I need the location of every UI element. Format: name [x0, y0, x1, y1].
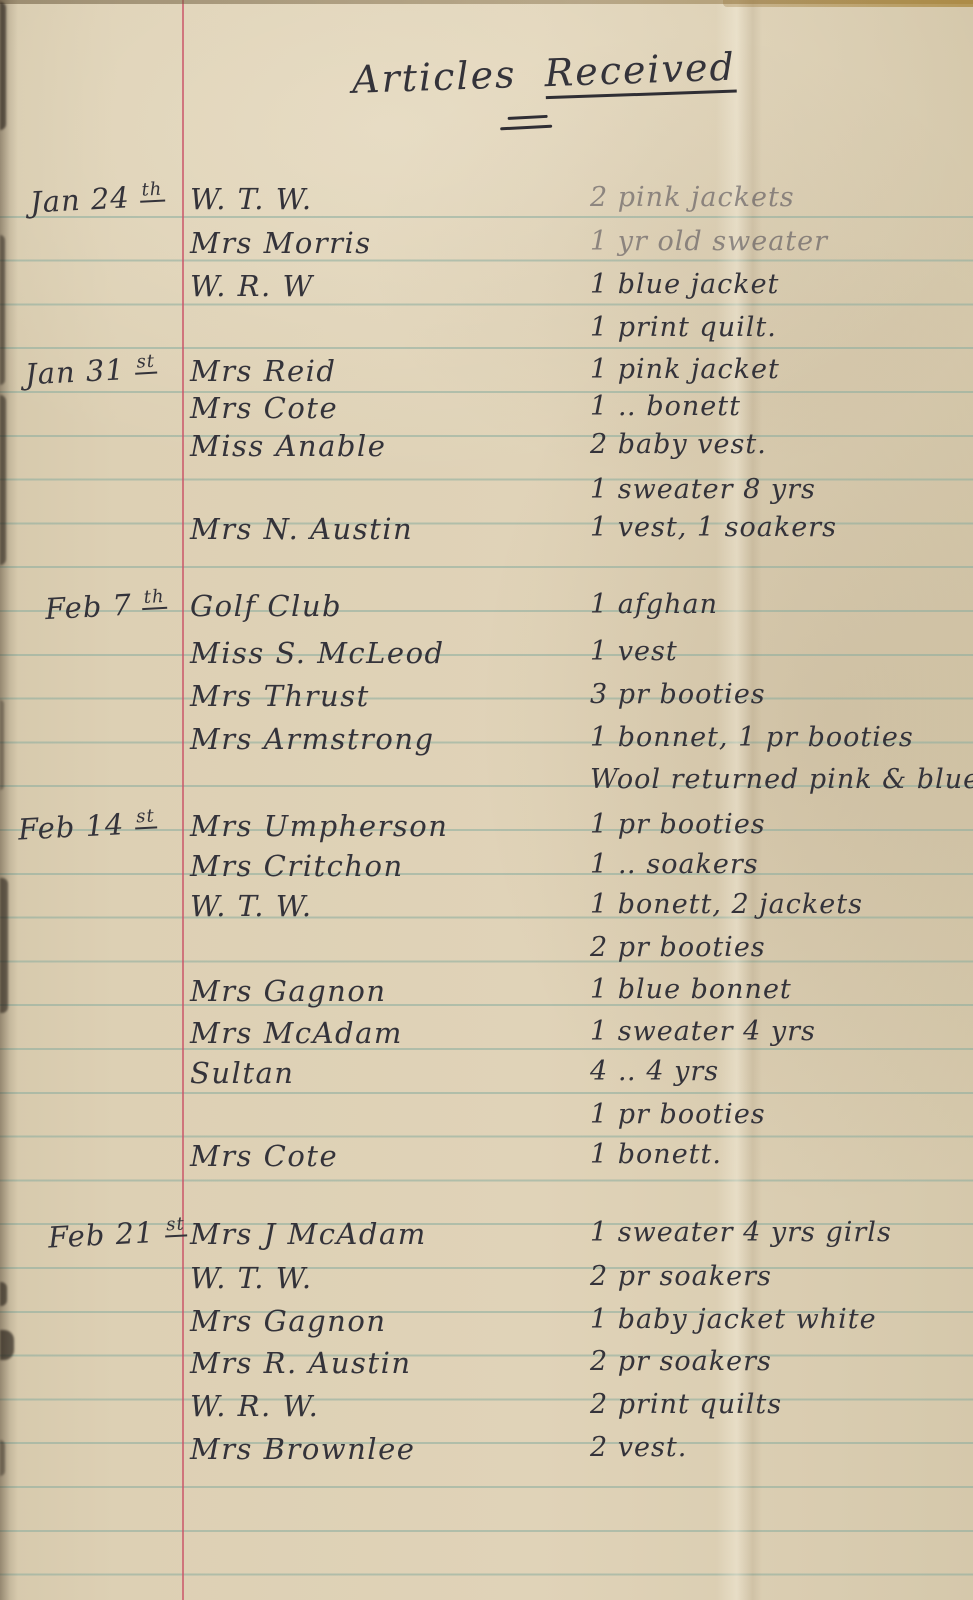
ledger-row: 1 print quilt.: [0, 312, 973, 356]
donor-name: Mrs Reid: [190, 354, 337, 388]
donor-name: Mrs Gagnon: [190, 974, 387, 1008]
entry-date-ordinal: th: [141, 586, 167, 610]
ledger-row: Mrs Armstrong1 bonnet, 1 pr booties: [0, 722, 973, 766]
title-equals-mark: [500, 115, 553, 134]
entry-date-ordinal: st: [134, 351, 158, 375]
entry-date-ordinal: th: [139, 179, 165, 203]
donor-name: Mrs J McAdam: [190, 1217, 427, 1251]
entry-date: Jan 31 st: [24, 351, 158, 392]
ledger-row: Mrs N. Austin1 vest, 1 soakers: [0, 512, 973, 556]
ledger-row: Feb 14 stMrs Umpherson1 pr booties: [0, 809, 973, 853]
entry-date-ordinal: st: [164, 1214, 188, 1238]
ledger-row: Jan 24 thW. T. W.2 pink jackets: [0, 182, 973, 226]
article-received: 2 pr booties: [590, 932, 766, 963]
article-received: 1 ‥ bonett: [590, 391, 741, 422]
donor-name: Mrs R. Austin: [190, 1346, 412, 1380]
donor-name: Mrs Brownlee: [190, 1432, 415, 1466]
ledger-row: Mrs R. Austin2 pr soakers: [0, 1346, 973, 1390]
donor-name: W. T. W.: [190, 889, 313, 923]
binding-mark: [0, 2, 6, 130]
donor-name: Mrs Cote: [190, 391, 338, 425]
donor-name: Sultan: [190, 1056, 294, 1090]
entry-date: Jan 24 th: [29, 178, 165, 219]
article-received: 1 pr booties: [590, 809, 766, 840]
article-received: 1 blue jacket: [590, 269, 779, 300]
ledger-row: Miss S. McLeod1 vest: [0, 636, 973, 680]
ledger-row: Mrs Gagnon1 blue bonnet: [0, 974, 973, 1018]
article-received: 1 yr old sweater: [590, 226, 828, 257]
article-received: 4 ‥ 4 yrs: [590, 1056, 719, 1087]
article-received: 1 sweater 4 yrs girls: [590, 1217, 892, 1248]
donor-name: Mrs N. Austin: [190, 512, 413, 546]
page-title-word2: Received: [544, 45, 737, 100]
ledger-row: Feb 7 thGolf Club1 afghan: [0, 589, 973, 633]
ledger-row: Mrs Critchon1 ‥ soakers: [0, 849, 973, 893]
article-received: 1 baby jacket white: [590, 1304, 877, 1335]
donor-name: W. T. W.: [190, 182, 313, 216]
page-title-word1: Articles: [351, 52, 517, 102]
article-received: 1 sweater 4 yrs: [590, 1016, 816, 1047]
article-received: 2 vest.: [590, 1432, 687, 1463]
article-received: 2 baby vest.: [590, 429, 767, 460]
article-received: 1 bonnet, 1 pr booties: [590, 722, 914, 753]
donor-name: Mrs Gagnon: [190, 1304, 387, 1338]
ledger-row: W. T. W.2 pr soakers: [0, 1261, 973, 1305]
ledger-row: Mrs McAdam1 sweater 4 yrs: [0, 1016, 973, 1060]
article-received: 2 pr soakers: [590, 1346, 772, 1377]
donor-name: W. R. W.: [190, 1389, 319, 1423]
article-received: 1 pr booties: [590, 1099, 766, 1130]
donor-name: Mrs McAdam: [190, 1016, 403, 1050]
donor-name: Mrs Critchon: [190, 849, 404, 883]
ledger-row: W. T. W.1 bonett, 2 jackets: [0, 889, 973, 933]
donor-name: Miss Anable: [190, 429, 386, 463]
article-received: 1 bonett, 2 jackets: [590, 889, 863, 920]
article-received: 1 print quilt.: [590, 312, 777, 343]
donor-name: Mrs Cote: [190, 1139, 338, 1173]
entry-date: Feb 7 th: [44, 586, 168, 626]
ledger-row: Wool returned pink & blue: [0, 764, 973, 808]
article-received: 2 pr soakers: [590, 1261, 772, 1292]
article-received: 2 pink jackets: [590, 182, 795, 213]
ledger-row: Mrs Gagnon1 baby jacket white: [0, 1304, 973, 1348]
ledger-row: Sultan4 ‥ 4 yrs: [0, 1056, 973, 1100]
donor-name: Miss S. McLeod: [190, 636, 445, 670]
entry-date: Feb 14 st: [17, 805, 158, 846]
donor-name: Golf Club: [190, 589, 342, 623]
ledger-row: Mrs Cote1 bonett.: [0, 1139, 973, 1183]
ledger-row: 2 pr booties: [0, 932, 973, 976]
article-received: 1 vest: [590, 636, 678, 667]
ledger-row: W. R. W.2 print quilts: [0, 1389, 973, 1433]
ledger-row: Mrs Thrust3 pr booties: [0, 679, 973, 723]
article-received: Wool returned pink & blue: [590, 764, 973, 795]
article-received: 1 ‥ soakers: [590, 849, 759, 880]
ledger-row: Mrs Brownlee2 vest.: [0, 1432, 973, 1476]
entry-date: Feb 21 st: [47, 1213, 188, 1254]
donor-name: Mrs Thrust: [190, 679, 370, 713]
article-received: 1 pink jacket: [590, 354, 780, 385]
donor-name: Mrs Morris: [190, 226, 372, 260]
article-received: 1 sweater 8 yrs: [590, 474, 816, 505]
article-received: 1 vest, 1 soakers: [590, 512, 837, 543]
donor-name: W. T. W.: [190, 1261, 313, 1295]
donor-name: W. R. W: [190, 269, 314, 303]
donor-name: Mrs Umpherson: [190, 809, 448, 843]
page-corner: [723, 0, 973, 7]
entry-date-ordinal: st: [134, 806, 158, 830]
ledger-row: Feb 21 stMrs J McAdam1 sweater 4 yrs gir…: [0, 1217, 973, 1261]
article-received: 1 bonett.: [590, 1139, 722, 1170]
ledger-row: 1 pr booties: [0, 1099, 973, 1143]
page-title: Articles Received: [351, 46, 692, 102]
donor-name: Mrs Armstrong: [190, 722, 435, 756]
ledger-row: W. R. W1 blue jacket: [0, 269, 973, 313]
ledger-row: Miss Anable2 baby vest.: [0, 429, 973, 473]
article-received: 3 pr booties: [590, 679, 766, 710]
notebook-page: Articles Received Jan 24 thW. T. W.2 pin…: [0, 0, 973, 1600]
article-received: 2 print quilts: [590, 1389, 782, 1420]
ledger-row: Mrs Morris1 yr old sweater: [0, 226, 973, 270]
article-received: 1 afghan: [590, 589, 718, 620]
article-received: 1 blue bonnet: [590, 974, 792, 1005]
